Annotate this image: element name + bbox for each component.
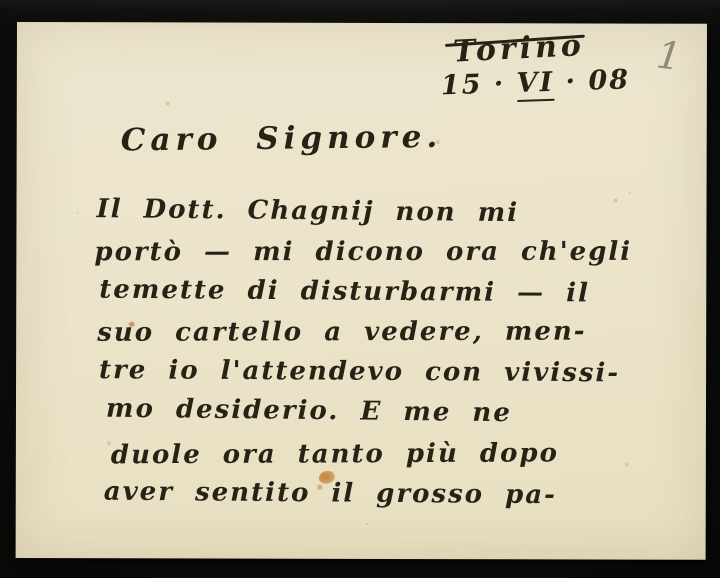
greeting-line: Caro Signore. xyxy=(121,119,443,159)
date-month-roman: VI xyxy=(516,67,555,102)
letter-card: Torino 15 · VI · 08 1 Caro Signore. Il D… xyxy=(16,22,707,560)
body-line-4: suo cartello a vedere, men- xyxy=(97,314,706,356)
letter-photo: Torino 15 · VI · 08 1 Caro Signore. Il D… xyxy=(0,0,720,578)
body-line-1: Il Dott. Chagnij non mi xyxy=(96,192,706,238)
ink-stain-dot xyxy=(128,321,135,327)
body-line-7: duole ora tanto più dopo xyxy=(111,436,706,479)
date-year: 08 xyxy=(588,64,631,96)
letter-body: Il Dott. Chagnij non mi portò — mi dicon… xyxy=(16,194,707,518)
date-separator: · xyxy=(565,66,577,97)
place-name: Torino xyxy=(452,28,585,70)
pencil-page-number: 1 xyxy=(654,32,683,79)
date-line: 15 · VI · 08 xyxy=(440,64,630,101)
ink-stain-halo xyxy=(317,484,323,491)
date-day: 15 xyxy=(440,69,483,101)
date-separator: · xyxy=(493,68,505,99)
body-line-3: temette di disturbarmi — il xyxy=(99,273,706,318)
body-line-5: tre io l'attendevo con vivissi- xyxy=(99,353,706,397)
body-line-6: mo desiderio. E me ne xyxy=(106,392,706,439)
body-line-8: aver sentito il grosso pa- xyxy=(104,475,706,520)
body-line-2: portò — mi dicono ora ch'egli xyxy=(94,235,706,276)
